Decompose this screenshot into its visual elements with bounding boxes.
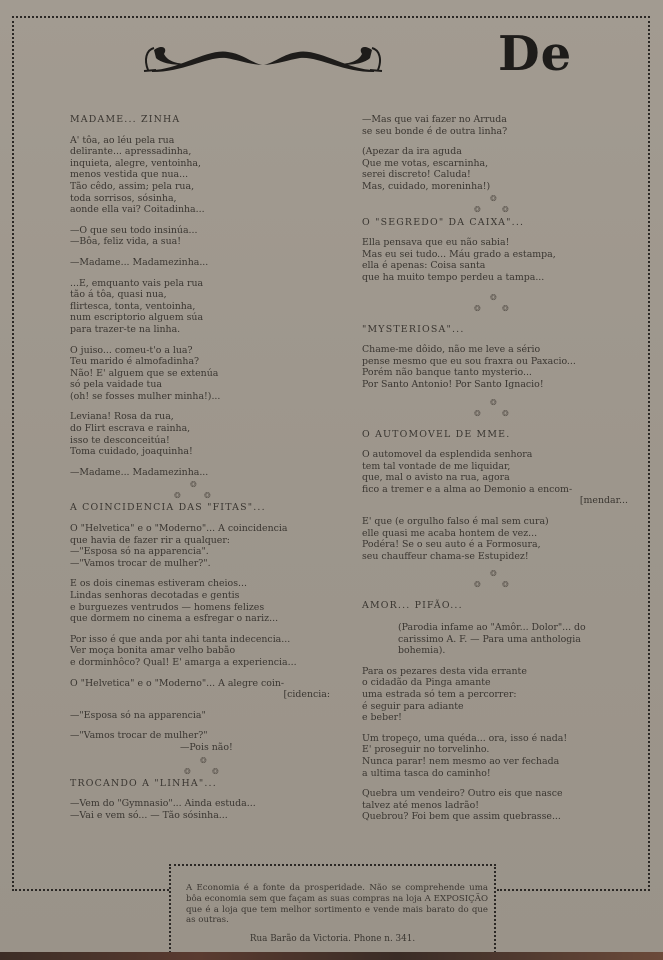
stanza: Por isso é que anda por ahi tanta indece…	[70, 634, 330, 669]
verse-line: E' proseguir no torvelinho.	[362, 744, 628, 756]
star-separator: ❂ ❂ ❂	[362, 294, 628, 324]
verse-line: —O que seu todo insinúa...	[70, 225, 330, 237]
verse-line: —Bôa, feliz vida, a sua!	[70, 236, 330, 248]
star-icon: ❂	[490, 570, 497, 578]
stanza: —Vem do "Gymnasio"... Ainda estuda... —V…	[70, 798, 330, 821]
star-icon: ❂	[490, 195, 497, 203]
verse-line: Podéra! Se o seu auto é a Formosura,	[362, 539, 628, 551]
stanza: —Mas que vai fazer no Arruda se seu bond…	[362, 114, 628, 137]
section-title: O AUTOMOVEL DE MME.	[362, 429, 628, 441]
section-title: A COINCIDENCIA DAS "FITAS"...	[70, 502, 330, 514]
verse-line: num escriptorio alguem súa	[70, 312, 330, 324]
verse-line: Quebra um vendeiro? Outro eis que nasce	[362, 788, 628, 800]
verse-line: para trazer-te na linha.	[70, 324, 330, 336]
stanza: A' tôa, ao léu pela rua delirante... apr…	[70, 135, 330, 216]
verse-line: que ha muito tempo perdeu a tampa...	[362, 272, 628, 284]
verse-line: —"Vamos trocar de mulher?".	[70, 558, 330, 570]
section-title: TROCANDO A "LINHA"...	[70, 778, 330, 790]
verse-line: elle quasi me acaba hontem de vez...	[362, 528, 628, 540]
verse-line: Por isso é que anda por ahi tanta indece…	[70, 634, 330, 646]
verse-line: Para os pezares desta vida errante	[362, 666, 628, 678]
star-icon: ❂	[174, 492, 181, 500]
stanza: —Madame... Madamezinha...	[70, 467, 330, 479]
verse-line: E' que (e orgulho falso é mal sem cura)	[362, 516, 628, 528]
verse-line: O juiso... comeu-t'o a lua?	[70, 345, 330, 357]
star-icon: ❂	[184, 768, 191, 776]
verse-line: Por Santo Antonio! Por Santo Ignacio!	[362, 379, 628, 391]
verse-line: O automovel da esplendida senhora	[362, 449, 628, 461]
verse-line: Chame-me dôido, não me leve a sério	[362, 344, 628, 356]
section-title: O "SEGREDO" DA CAIXA"...	[362, 217, 628, 229]
star-icon: ❂	[474, 305, 481, 313]
verse-line: E os dois cinemas estiveram cheios...	[70, 578, 330, 590]
verse-line: Quebrou? Foi bem que assim quebrasse...	[362, 811, 628, 823]
left-column: MADAME... ZINHA A' tôa, ao léu pela rua …	[70, 114, 330, 821]
stanza: —"Esposa só na apparencia"	[70, 710, 330, 722]
star-icon: ❂	[212, 768, 219, 776]
star-separator: ❂ ❂ ❂	[362, 570, 628, 600]
star-separator: ❂ ❂ ❂	[70, 756, 330, 778]
verse-line: flirtesca, tonta, ventoinha,	[70, 301, 330, 313]
star-separator: ❂ ❂ ❂	[362, 399, 628, 429]
verse-line: aonde ella vai? Coitadinha...	[70, 204, 330, 216]
stanza: —"Vamos trocar de mulher?" —Pois não!	[70, 730, 330, 753]
verse-line: —Pois não!	[70, 742, 330, 754]
verse-line: menos vestida que nua...	[70, 169, 330, 181]
section-title: AMOR... PIFÃO...	[362, 600, 628, 612]
star-icon: ❂	[490, 399, 497, 407]
verse-line: serei discreto! Caluda!	[362, 169, 628, 181]
verse-line: tem tal vontade de me liquidar,	[362, 461, 628, 473]
star-icon: ❂	[204, 492, 211, 500]
verse-line: seu chauffeur chama-se Estupidez!	[362, 551, 628, 563]
verse-line: Que me votas, escarninha,	[362, 158, 628, 170]
section-title: MADAME... ZINHA	[70, 114, 330, 126]
advertisement-text: A Economia é a fonte da prosperidade. Nã…	[186, 883, 488, 926]
verse-line: talvez até menos ladrão!	[362, 800, 628, 812]
stanza: E' que (e orgulho falso é mal sem cura) …	[362, 516, 628, 562]
verse-line: Não! E' alguem que se extenúa	[70, 368, 330, 380]
verse-line: Nunca parar! nem mesmo ao ver fechada	[362, 756, 628, 768]
verse-line: isso te desconceitúa!	[70, 435, 330, 447]
stanza: Leviana! Rosa da rua, do Flirt escrava e…	[70, 411, 330, 457]
verse-line: Mas, cuidado, moreninha!)	[362, 181, 628, 193]
star-icon: ❂	[190, 481, 197, 489]
star-icon: ❂	[502, 206, 509, 214]
verse-line: Ver moça bonita amar velho babão	[70, 645, 330, 657]
verse-line: Leviana! Rosa da rua,	[70, 411, 330, 423]
verse-line: se seu bonde é de outra linha?	[362, 126, 628, 138]
verse-line: —Mas que vai fazer no Arruda	[362, 114, 628, 126]
verse-line: inquieta, alegre, ventoinha,	[70, 158, 330, 170]
verse-line: —Vem do "Gymnasio"... Ainda estuda...	[70, 798, 330, 810]
stanza: (Apezar da ira aguda Que me votas, escar…	[362, 146, 628, 192]
verse-line: pense mesmo que eu sou fraxra ou Paxacio…	[362, 356, 628, 368]
verse-line: [cidencia:	[70, 689, 330, 701]
stanza: Quebra um vendeiro? Outro eis que nasce …	[362, 788, 628, 823]
flourish-ornament-icon	[138, 40, 388, 76]
stanza: O "Helvetica" e o "Moderno"... A alegre …	[70, 678, 330, 701]
verse-line: —Madame... Madamezinha...	[70, 467, 330, 479]
stanza: Para os pezares desta vida errante o cid…	[362, 666, 628, 724]
stanza: E os dois cinemas estiveram cheios... Li…	[70, 578, 330, 624]
advertisement-address: Rua Barão da Victoria. Phone n. 341.	[169, 934, 496, 944]
star-icon: ❂	[502, 305, 509, 313]
star-icon: ❂	[474, 581, 481, 589]
magazine-page: De MADAME... ZINHA A' tôa, ao léu pela r…	[0, 0, 663, 960]
dotted-border-bottom-right	[497, 889, 650, 891]
verse-line: ...E, emquanto vais pela rua	[70, 278, 330, 290]
verse-line: [mendar...	[362, 495, 628, 507]
section-title: "MYSTERIOSA"...	[362, 324, 628, 336]
page-bottom-edge	[0, 952, 663, 960]
verse-line: O "Helvetica" e o "Moderno"... A coincid…	[70, 523, 330, 535]
verse-line: e beber!	[362, 712, 628, 724]
star-icon: ❂	[490, 294, 497, 302]
verse-line: e dorminhôco? Qual! E' amarga a experien…	[70, 657, 330, 669]
verse-line: Ella pensava que eu não sabia!	[362, 237, 628, 249]
verse-line: ella é apenas: Coisa santa	[362, 260, 628, 272]
verse-line: A' tôa, ao léu pela rua	[70, 135, 330, 147]
verse-line: toda sorrisos, sósinha,	[70, 193, 330, 205]
verse-line: Toma cuidado, joaquinha!	[70, 446, 330, 458]
verse-line: Mas eu sei tudo... Máu grado a estampa,	[362, 249, 628, 261]
verse-line: —"Esposa só na apparencia".	[70, 546, 330, 558]
verse-line: do Flirt escrava e rainha,	[70, 423, 330, 435]
verse-line: Porém não banque tanto mysterio...	[362, 367, 628, 379]
star-icon: ❂	[474, 410, 481, 418]
verse-line: Lindas senhoras decotadas e gentis	[70, 590, 330, 602]
verse-line: que, mal o avisto na rua, agora	[362, 472, 628, 484]
stanza: ...E, emquanto vais pela rua tão á tôa, …	[70, 278, 330, 336]
verse-line: Teu marido é almofadinha?	[70, 356, 330, 368]
verse-line: a ultima tasca do caminho!	[362, 768, 628, 780]
verse-line: (Apezar da ira aguda	[362, 146, 628, 158]
verse-line: —"Vamos trocar de mulher?"	[70, 730, 330, 742]
verse-line: é seguir para adiante	[362, 701, 628, 713]
verse-line: só pela vaidade tua	[70, 379, 330, 391]
star-icon: ❂	[502, 410, 509, 418]
verse-line: fico a tremer e a alma ao Demonio a enco…	[362, 484, 628, 496]
stanza: O juiso... comeu-t'o a lua? Teu marido é…	[70, 345, 330, 403]
verse-line: (oh! se fosses mulher minha!)...	[70, 391, 330, 403]
masthead-title: De	[498, 30, 572, 78]
stanza: Chame-me dôido, não me leve a sério pens…	[362, 344, 628, 390]
verse-line: e burguezes ventrudos — homens felizes	[70, 602, 330, 614]
verse-line: tão á tôa, quasi nua,	[70, 289, 330, 301]
stanza: O automovel da esplendida senhora tem ta…	[362, 449, 628, 507]
verse-line: delirante... apressadinha,	[70, 146, 330, 158]
stanza: —Madame... Madamezinha...	[70, 257, 330, 269]
star-icon: ❂	[474, 206, 481, 214]
verse-line: —Vai e vem só... — Tão sósinha...	[70, 810, 330, 822]
star-icon: ❂	[200, 757, 207, 765]
verse-line: —"Esposa só na apparencia"	[70, 710, 330, 722]
verse-line: que dormem no cinema a esfregar o nariz.…	[70, 613, 330, 625]
verse-line: Tão cêdo, assim; pela rua,	[70, 181, 330, 193]
stanza: Um tropeço, uma quéda... ora, isso é nad…	[362, 733, 628, 779]
verse-line: uma estrada só tem a percorrer:	[362, 689, 628, 701]
star-separator: ❂ ❂ ❂	[362, 195, 628, 217]
stanza: —O que seu todo insinúa... —Bôa, feliz v…	[70, 225, 330, 248]
section-note: (Parodia infame ao "Amôr... Dolor"... do…	[398, 622, 626, 657]
stanza: O "Helvetica" e o "Moderno"... A coincid…	[70, 523, 330, 569]
right-column: —Mas que vai fazer no Arruda se seu bond…	[362, 114, 628, 823]
star-separator: ❂ ❂ ❂	[70, 480, 330, 502]
verse-line: Um tropeço, uma quéda... ora, isso é nad…	[362, 733, 628, 745]
star-icon: ❂	[502, 581, 509, 589]
verse-line: que havia de fazer rir a qualquer:	[70, 535, 330, 547]
stanza: Ella pensava que eu não sabia! Mas eu se…	[362, 237, 628, 283]
verse-line: O "Helvetica" e o "Moderno"... A alegre …	[70, 678, 330, 690]
dotted-border-bottom-left	[12, 889, 169, 891]
verse-line: —Madame... Madamezinha...	[70, 257, 330, 269]
verse-line: o cidadão da Pinga amante	[362, 677, 628, 689]
